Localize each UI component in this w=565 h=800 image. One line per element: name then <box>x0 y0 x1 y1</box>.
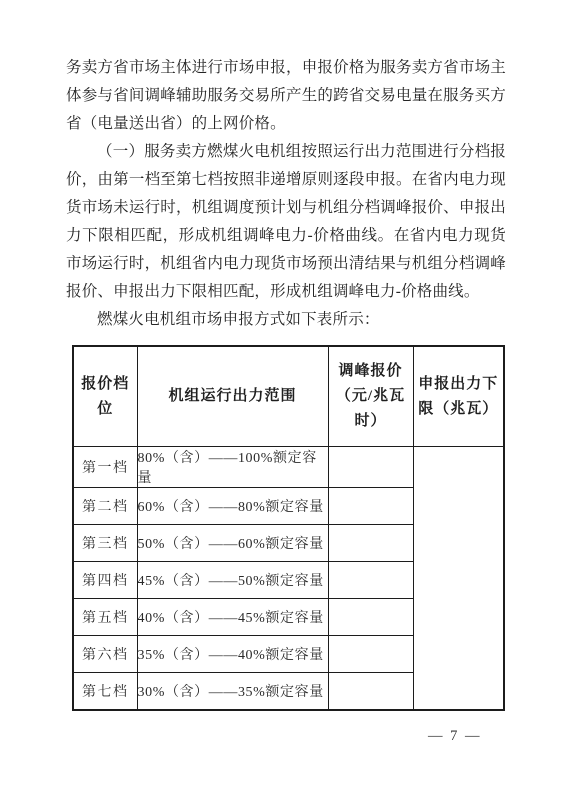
paragraph-table-intro: 燃煤火电机组市场申报方式如下表所示： <box>66 306 506 334</box>
price-cell <box>328 636 413 673</box>
body-text: 务卖方省市场主体进行市场申报，申报价格为服务卖方省市场主体参与省间调峰辅助服务交… <box>66 54 506 334</box>
tier-cell: 第七档 <box>73 673 137 711</box>
price-cell <box>328 488 413 525</box>
table-row: 第一档 80%（含）——100%额定容量 <box>73 447 504 488</box>
price-cell <box>328 673 413 711</box>
range-cell: 35%（含）——40%额定容量 <box>137 636 328 673</box>
tier-cell: 第三档 <box>73 525 137 562</box>
table-header-row: 报价档 位 机组运行出力范围 调峰报价 （元/兆瓦 时） 申报出力下 限（兆瓦） <box>73 346 504 447</box>
tier-cell: 第六档 <box>73 636 137 673</box>
tier-cell: 第五档 <box>73 599 137 636</box>
range-cell: 30%（含）——35%额定容量 <box>137 673 328 711</box>
tier-cell: 第二档 <box>73 488 137 525</box>
paragraph-section-1: （一）服务卖方燃煤火电机组按照运行出力范围进行分档报价，由第一档至第七档按照非递… <box>66 138 506 306</box>
limit-cell-merged <box>413 447 504 711</box>
header-output-range: 机组运行出力范围 <box>137 346 328 447</box>
header-peak-price: 调峰报价 （元/兆瓦 时） <box>328 346 413 447</box>
tier-cell: 第四档 <box>73 562 137 599</box>
range-cell: 50%（含）——60%额定容量 <box>137 525 328 562</box>
page-number: — 7 — <box>428 728 482 745</box>
bidding-tier-table: 报价档 位 机组运行出力范围 调峰报价 （元/兆瓦 时） 申报出力下 限（兆瓦）… <box>72 345 505 711</box>
tier-cell: 第一档 <box>73 447 137 488</box>
range-cell: 80%（含）——100%额定容量 <box>137 447 328 488</box>
price-cell <box>328 562 413 599</box>
paragraph-continuation: 务卖方省市场主体进行市场申报，申报价格为服务卖方省市场主体参与省间调峰辅助服务交… <box>66 54 506 138</box>
range-cell: 45%（含）——50%额定容量 <box>137 562 328 599</box>
price-cell <box>328 525 413 562</box>
range-cell: 60%（含）——80%额定容量 <box>137 488 328 525</box>
header-tier: 报价档 位 <box>73 346 137 447</box>
price-cell <box>328 599 413 636</box>
range-cell: 40%（含）——45%额定容量 <box>137 599 328 636</box>
price-cell <box>328 447 413 488</box>
header-output-lower-limit: 申报出力下 限（兆瓦） <box>413 346 504 447</box>
document-page: 务卖方省市场主体进行市场申报，申报价格为服务卖方省市场主体参与省间调峰辅助服务交… <box>0 0 565 800</box>
